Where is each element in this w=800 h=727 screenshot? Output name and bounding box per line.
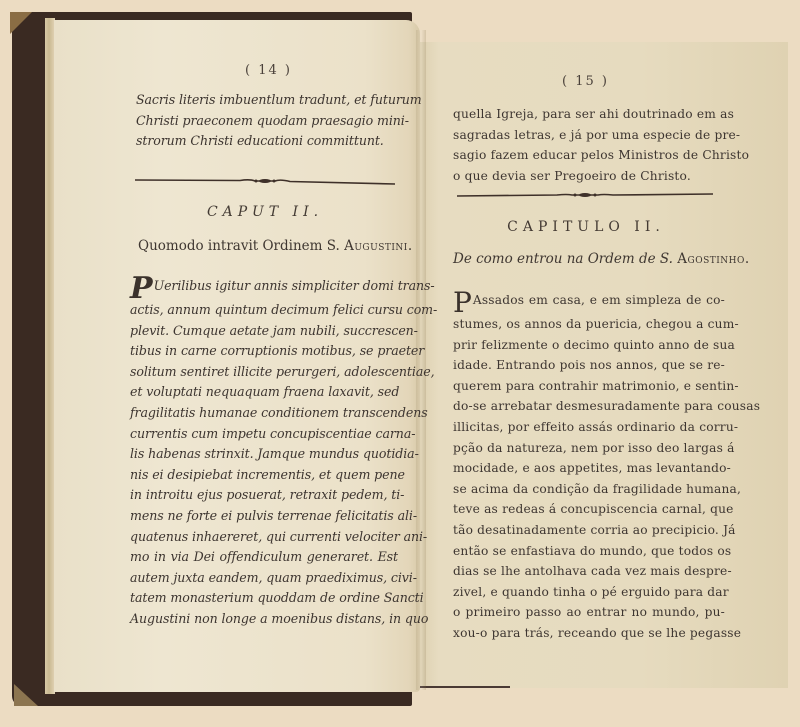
text-line: teve as redeas á concupiscencia carnal, …	[453, 499, 725, 520]
text-line: in introitu ejus posuerat, retraxit pede…	[130, 485, 398, 506]
ornament-divider-right	[457, 190, 713, 202]
page-number-right: ( 15 )	[562, 74, 609, 89]
text-line: mo in via Dei offendiculum generaret. Es…	[130, 547, 398, 568]
page-number-left: ( 14 )	[245, 63, 292, 78]
cover-edge	[420, 686, 510, 688]
drop-cap: P	[453, 292, 472, 314]
text-line: Assados em casa, e em simpleza de co-	[453, 290, 725, 311]
text-line: autem juxta eandem, quam praediximus, ci…	[130, 568, 398, 589]
cover-corner-top	[10, 12, 32, 34]
chapter-subtitle-right: De como entrou na Ordem de S. Agostinho.	[453, 251, 723, 267]
text-line: Augustini non longe a moenibus distans, …	[130, 609, 398, 630]
right-continuation-text: quella Igreja, para ser ahi doutrinado e…	[453, 104, 723, 186]
subtitle-saint-name: Agostinho.	[677, 251, 749, 267]
text-line: lis habenas strinxit. Jamque mundus quot…	[130, 444, 398, 465]
right-body-text: P Assados em casa, e em simpleza de co- …	[453, 290, 725, 644]
text-line: quella Igreja, para ser ahi doutrinado e…	[453, 104, 723, 125]
drop-cap: P	[130, 278, 153, 300]
text-line: currentis cum impetu concupiscentiae car…	[130, 424, 398, 445]
text-line: illicitas, por effeito assás ordinario d…	[453, 417, 725, 438]
text-line: mens ne forte ei pulvis terrenae felicit…	[130, 506, 398, 527]
text-line: strorum Christi educationi committunt.	[136, 131, 398, 152]
subtitle-text: Quomodo intravit Ordinem S.	[138, 238, 340, 254]
text-line: Uerilibus igitur annis simpliciter domi …	[130, 276, 398, 297]
ornament-divider-left	[135, 176, 395, 188]
text-line: se acima da condição da fragilidade huma…	[453, 479, 725, 500]
text-line: o que devia ser Pregoeiro de Christo.	[453, 166, 723, 187]
text-line: zivel, e quando tinha o pé erguido para …	[453, 582, 725, 603]
text-line: o primeiro passo ao entrar no mundo, pu-	[453, 602, 725, 623]
text-line: mocidade, e aos appetites, mas levantand…	[453, 458, 725, 479]
text-line: actis, annum quintum decimum felici curs…	[130, 300, 398, 321]
text-line: nis ei desipiebat incrementis, et quem p…	[130, 465, 398, 486]
text-line: prir felizmente o decimo quinto anno de …	[453, 335, 725, 356]
open-book: ( 14 ) Sacris literis imbuentlum tradunt…	[0, 0, 800, 727]
text-line: Christi praeconem quodam praesagio mini-	[136, 111, 398, 132]
text-line: dias se lhe antolhava cada vez mais desp…	[453, 561, 725, 582]
text-line: stumes, os annos da puericia, chegou a c…	[453, 314, 725, 335]
chapter-subtitle-left: Quomodo intravit Ordinem S. Augustini.	[138, 238, 398, 254]
text-line: do-se arrebatar desmesuradamente para co…	[453, 396, 725, 417]
text-line: idade. Entrando pois nos annos, que se r…	[453, 355, 725, 376]
text-line: pção da natureza, nem por isso deo larga…	[453, 438, 725, 459]
text-line: querem para contrahir matrimonio, e sent…	[453, 376, 725, 397]
text-line: fragilitatis humanae conditionem transce…	[130, 403, 398, 424]
text-line: plevit. Cumque aetate jam nubili, succre…	[130, 321, 398, 342]
left-continuation-text: Sacris literis imbuentlum tradunt, et fu…	[136, 90, 398, 152]
text-line: solitum sentiret illicite perurgeri, ado…	[130, 362, 398, 383]
cover-corner-bottom	[14, 684, 38, 706]
text-line: tão desatinadamente corria ao precipicio…	[453, 520, 725, 541]
subtitle-text: De como entrou na Ordem de S.	[453, 251, 673, 267]
text-line: então se enfastiava do mundo, que todos …	[453, 541, 725, 562]
chapter-heading-right: CAPITULO II.	[455, 219, 717, 235]
text-line: xou-o para trás, receando que se lhe peg…	[453, 623, 725, 644]
text-line: quatenus inhaereret, qui currenti veloci…	[130, 527, 398, 548]
text-line: tatem monasterium quoddam de ordine Sanc…	[130, 588, 398, 609]
text-line: Sacris literis imbuentlum tradunt, et fu…	[136, 90, 398, 111]
left-body-text: P Uerilibus igitur annis simpliciter dom…	[130, 276, 398, 630]
subtitle-saint-name: Augustini.	[344, 238, 413, 254]
text-line: sagio fazem educar pelos Ministros de Ch…	[453, 145, 723, 166]
text-line: tibus in carne corruptionis motibus, se …	[130, 341, 398, 362]
chapter-heading-left: CAPUT II.	[135, 204, 395, 220]
text-line: sagradas letras, e já por uma especie de…	[453, 125, 723, 146]
text-line: et voluptati nequaquam fraena laxavit, s…	[130, 382, 398, 403]
